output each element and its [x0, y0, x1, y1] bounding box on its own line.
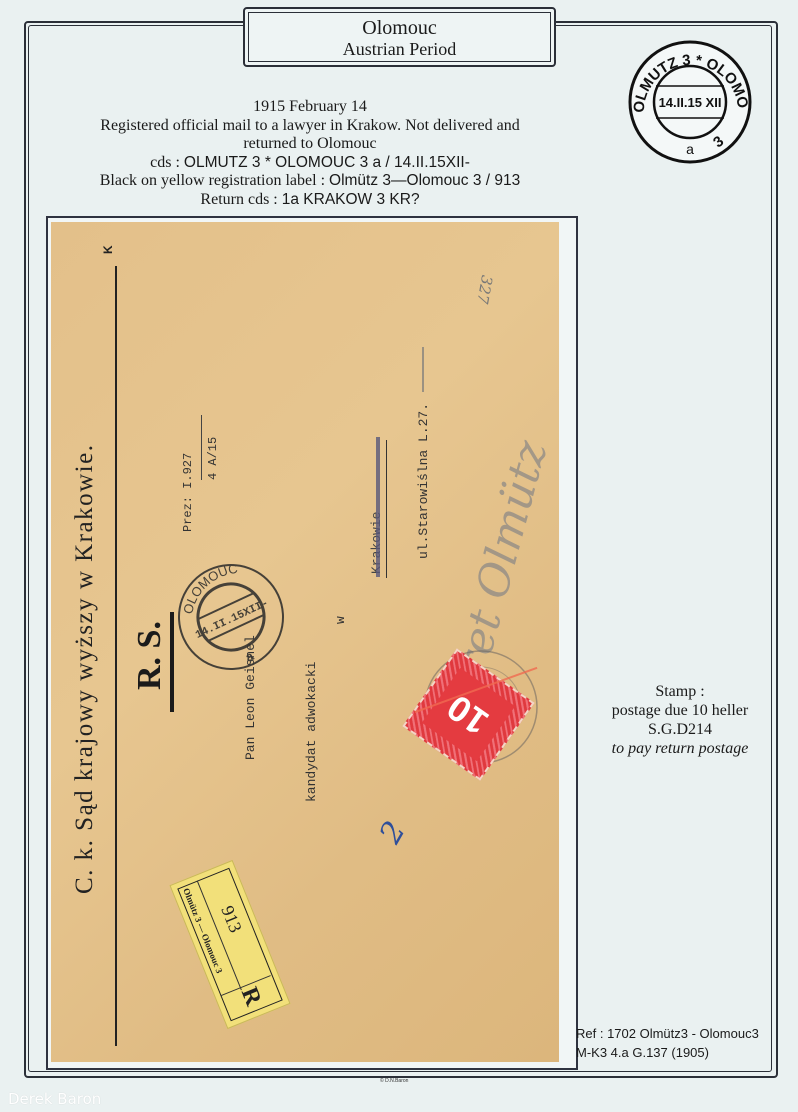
- addressee-line1: Pan Leon Geisnel: [243, 635, 258, 760]
- corner-mark: K: [101, 245, 115, 254]
- postmark-date: 14.II.15 XII: [659, 95, 722, 110]
- header-rule: [115, 266, 117, 1046]
- watermark: Derek Baron: [8, 1090, 101, 1108]
- prez-divider: [201, 415, 202, 480]
- prez-line1: Prez: I.927: [181, 453, 195, 532]
- reference: Ref : 1702 Olmütz3 - Olomouc3 M-K3 4.a G…: [576, 1024, 759, 1062]
- cds-cancel: 14.II.15XII- OLOMOUC a: [166, 557, 296, 677]
- stamp-note-desc: postage due 10 heller: [580, 701, 780, 720]
- description: 1915 February 14 Registered official mai…: [55, 98, 565, 209]
- cds-line: cds : OLMUTZ 3 * OLOMOUC 3 a / 14.II.15X…: [55, 154, 565, 173]
- page-subtitle: Austrian Period: [249, 39, 550, 59]
- postmark-letter: a: [686, 141, 694, 157]
- copyright: © D.N.Baron: [380, 1078, 408, 1084]
- stamp-note-catalogue: S.G.D214: [580, 720, 780, 739]
- label-line: Black on yellow registration label : Olm…: [55, 172, 565, 191]
- reference-line2: M-K3 4.a G.137 (1905): [576, 1043, 759, 1062]
- sender-header: C. k. Sąd krajowy wyższy w Krakowie.: [71, 444, 99, 894]
- pencil-mark: [422, 347, 424, 392]
- description-line: Registered official mail to a lawyer in …: [55, 117, 565, 136]
- strike-line: [386, 440, 387, 578]
- title-box: Olomouc Austrian Period: [243, 7, 556, 67]
- return-line: Return cds : 1a KRAKOW 3 KR?: [55, 191, 565, 210]
- envelope: K C. k. Sąd krajowy wyższy w Krakowie. R…: [51, 222, 559, 1062]
- addressee-line2: kandydat adwokacki: [304, 662, 319, 802]
- strike-bar: [376, 437, 380, 577]
- rs-mark: R. S.: [131, 621, 169, 690]
- blue-mark: 2: [373, 815, 413, 849]
- postmark-illustration: OLMUTZ 3 * OLOMOUC 3 14.II.15 XII a: [626, 38, 754, 166]
- stamp-note-title: Stamp :: [580, 682, 780, 701]
- stamp-note: Stamp : postage due 10 heller S.G.D214 t…: [580, 682, 780, 758]
- pencil-number: 327: [473, 274, 496, 305]
- description-date: 1915 February 14: [55, 98, 565, 117]
- stamp-value: 10: [440, 686, 497, 743]
- prez-line2: 4 A/15: [206, 437, 220, 480]
- registration-label: Olmütz 3 — Olomouc 3 913 R: [169, 860, 290, 1029]
- address-street: ul.Starowiślna L.27.: [416, 403, 431, 559]
- description-line: returned to Olomouc: [55, 135, 565, 154]
- reference-line1: Ref : 1702 Olmütz3 - Olomouc3: [576, 1024, 759, 1043]
- stamp-note-purpose: to pay return postage: [580, 739, 780, 758]
- addressee-line3: w: [333, 616, 348, 624]
- page-title: Olomouc: [249, 17, 550, 39]
